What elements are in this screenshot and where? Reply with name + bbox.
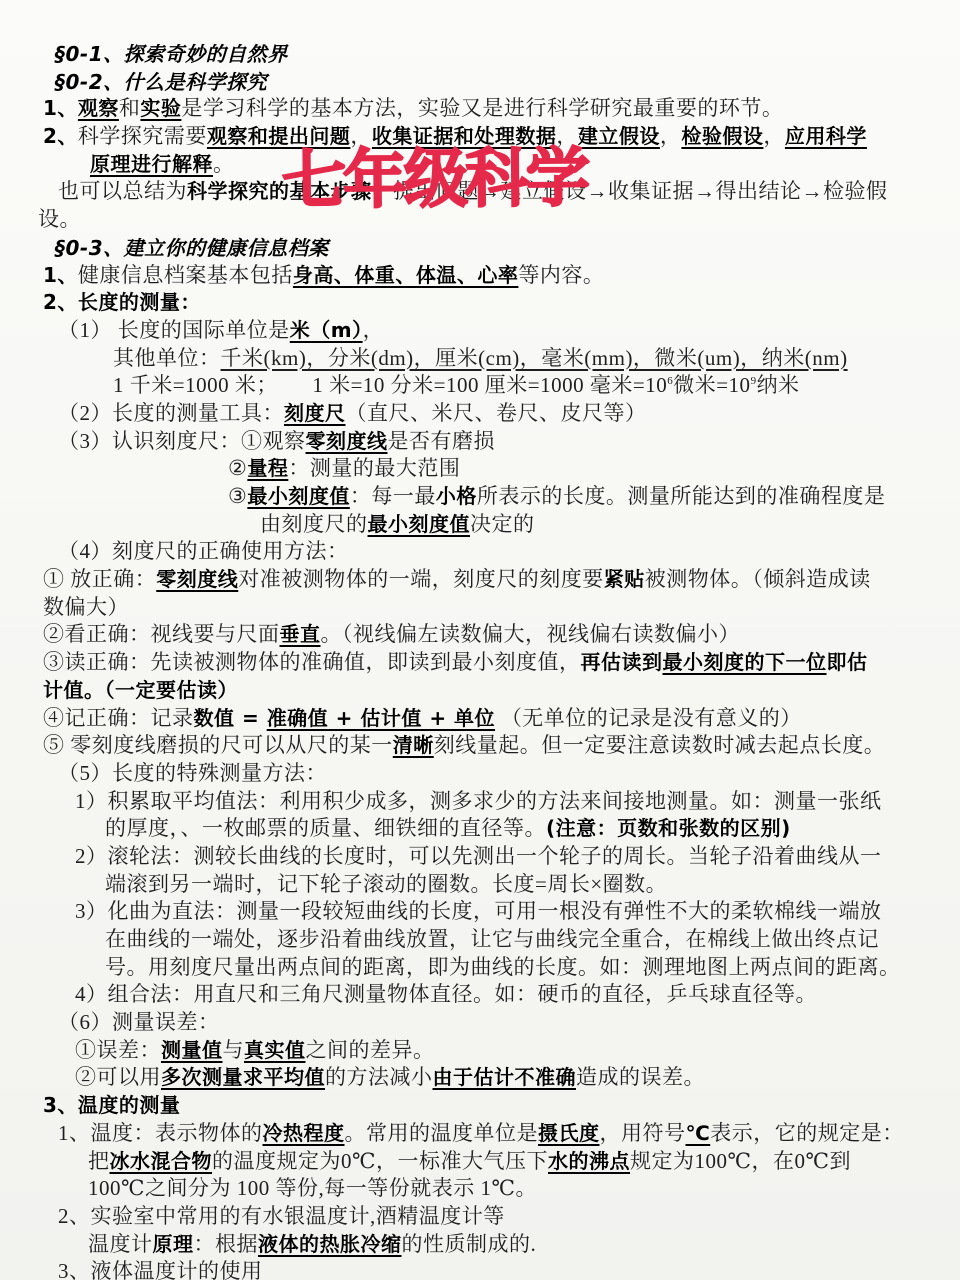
text-segment: ⑤ 零刻度线磨损的尺可以从尺的某一 — [43, 733, 393, 757]
text-segment: （4）刻度尺的正确使用方法： — [58, 539, 349, 563]
text-line: 3、液体温度计的使用 — [0, 1258, 960, 1280]
text-segment: ， — [763, 124, 785, 148]
text-segment: ：根据 — [194, 1232, 259, 1256]
text-segment: 由刻度尺的 — [260, 512, 368, 536]
text-segment: 2）滚轮法：测较长曲线的长度时，可以先测出一个轮子的周长。当轮子沿着曲线从一 — [75, 844, 882, 868]
text-segment: ③ — [228, 484, 247, 508]
text-segment: ②可以用 — [75, 1065, 161, 1089]
text-segment: 在曲线的一端处，逐步沿着曲线放置，让它与曲线完全重合，在棉线上做出终点记 — [105, 927, 879, 951]
text-segment: 把 — [88, 1149, 110, 1173]
text-segment: 千米(km)，分米(dm)，厘米(cm)，毫米(mm)，微米(um)，纳米(nm… — [221, 346, 848, 370]
text-segment: 真实值 — [244, 1038, 306, 1062]
text-line: ①误差：测量值与真实值之间的差异。 — [0, 1037, 960, 1065]
text-segment: （2）长度的测量工具： — [58, 401, 284, 425]
text-segment: 1、 — [43, 263, 78, 287]
text-segment: 是否有磨损 — [388, 429, 496, 453]
text-segment: 对准被测物体的一端，刻度尺的刻度要 — [238, 567, 604, 591]
text-line: 温度计原理：根据液体的热胀冷缩的性质制成的. — [0, 1231, 960, 1259]
text-line: 1 千米=1000 米； 1 米=10 分米=100 厘米=1000 毫米=10… — [0, 372, 960, 400]
text-segment: 1）积累取平均值法：利用积少成多，测多求少的方法来间接地测量。如：测量一张纸 — [75, 789, 882, 813]
text-segment: ②看正确：视线要与尺面 — [43, 622, 280, 646]
text-segment: ：测量的最大范围 — [288, 456, 460, 480]
text-segment: 多次测量求平均值 — [161, 1065, 325, 1089]
text-segment: 3、液体温度计的使用 — [58, 1259, 263, 1280]
text-line: ① 放正确：零刻度线对准被测物体的一端，刻度尺的刻度要紧贴被测物体。（倾斜造成读 — [0, 566, 960, 594]
text-segment: 即估 — [827, 650, 868, 674]
text-line: 2）滚轮法：测较长曲线的长度时，可以先测出一个轮子的周长。当轮子沿着曲线从一 — [0, 843, 960, 871]
text-segment: 再估读到 — [581, 650, 663, 674]
page-root: { "page": { "background": "#f6f6f3", "te… — [0, 0, 960, 1280]
text-line: 100℃之间分为 100 等份,每一等份就表示 1℃。 — [0, 1175, 960, 1203]
text-segment: 。 — [213, 152, 235, 176]
text-line: ③最小刻度值：每一最小格所表示的长度。测量所能达到的准确程度是 — [0, 483, 960, 511]
text-segment: 3、温度的测量 — [43, 1093, 180, 1117]
text-segment: 最小刻度值 — [247, 484, 350, 508]
text-segment: 由于估计不准确 — [433, 1065, 577, 1089]
text-line: 1、健康信息档案基本包括身高、体重、体温、心率等内容。 — [0, 262, 960, 290]
text-line: （6）测量误差： — [0, 1009, 960, 1037]
text-segment: 温度计 — [88, 1232, 153, 1256]
text-segment: （5）长度的特殊测量方法： — [58, 761, 327, 785]
text-line: ②可以用多次测量求平均值的方法减小由于估计不准确造成的误差。 — [0, 1064, 960, 1092]
text-segment: 计值。（一定要估读） — [43, 678, 238, 702]
text-segment: 1、温度：表示物体的 — [58, 1121, 263, 1145]
text-line: §0-3、建立你的健康信息档案 — [0, 234, 960, 262]
text-segment: 清晰 — [393, 733, 434, 757]
text-line: 3、温度的测量 — [0, 1092, 960, 1120]
text-segment: 水的沸点 — [548, 1149, 630, 1173]
text-segment: 紧贴 — [604, 567, 645, 591]
text-segment: 冷热程度 — [263, 1121, 345, 1145]
text-segment: 也可以总结为 — [58, 179, 187, 203]
text-segment: 原理进行解释 — [90, 152, 213, 176]
text-line: 在曲线的一端处，逐步沿着曲线放置，让它与曲线完全重合，在棉线上做出终点记 — [0, 926, 960, 954]
text-segment: 和 — [119, 96, 141, 120]
text-segment: 规定为100℃，在0℃到 — [630, 1149, 851, 1173]
text-segment: 身高、体重、体温、心率 — [293, 263, 519, 287]
text-segment: 的温度规定为0℃，一标准大气压下 — [212, 1149, 548, 1173]
text-line: 由刻度尺的最小刻度值决定的 — [0, 511, 960, 539]
text-segment: 所表示的长度。测量所能达到的准确程度是 — [477, 484, 886, 508]
text-segment: 与 — [223, 1038, 245, 1062]
text-segment: 设。 — [38, 207, 81, 231]
text-segment: 测量值 — [161, 1038, 223, 1062]
text-segment: 最小刻度值 — [368, 512, 471, 536]
text-line: ③读正确：先读被测物体的准确值，即读到最小刻度值，再估读到最小刻度的下一位即估 — [0, 649, 960, 677]
text-line: 1、观察和实验是学习科学的基本方法，实验又是进行科学研究最重要的环节。 — [0, 95, 960, 123]
text-segment: 1 千米=1000 米； 1 米=10 分米=100 厘米=1000 毫米=10 — [113, 373, 667, 397]
text-segment: （直尺、米尺、卷尺、皮尺等） — [346, 401, 647, 425]
text-line: 端滚到另一端时，记下轮子滚动的圈数。长度=周长×圈数。 — [0, 871, 960, 899]
text-segment: 健康信息档案基本包括 — [78, 263, 293, 287]
text-segment: 的厚度，、一枚邮票的质量、细铁细的直径等。 — [105, 816, 546, 840]
text-segment: 垂直 — [280, 622, 321, 646]
text-segment: 4）组合法：用直尺和三角尺测量物体直径。如：硬币的直径，乒乓球直径等。 — [75, 982, 817, 1006]
text-segment: 被测物体。（倾斜造成读 — [645, 567, 871, 591]
text-segment: （3）认识刻度尺：①观察 — [58, 429, 306, 453]
text-segment: 摄氏度 — [538, 1121, 600, 1145]
text-segment: 微米=10 — [673, 373, 750, 397]
text-segment: 纳米 — [757, 373, 800, 397]
text-segment: 零刻度线 — [156, 567, 238, 591]
text-line: 其他单位：千米(km)，分米(dm)，厘米(cm)，毫米(mm)，微米(um)，… — [0, 345, 960, 373]
text-line: §0-1、探索奇妙的自然界 — [0, 40, 960, 68]
text-segment: ④记正确：记录 — [43, 706, 194, 730]
text-segment: 原理 — [153, 1232, 194, 1256]
text-line: 2、实验室中常用的有水银温度计,酒精温度计等 — [0, 1203, 960, 1231]
text-segment: 数值 = — [194, 706, 267, 730]
text-segment: ， — [363, 318, 385, 342]
text-segment: ③读正确：先读被测物体的准确值，即读到最小刻度值， — [43, 650, 581, 674]
text-line: 号。用刻度尺量出两点间的距离，即为曲线的长度。如：测理地图上两点间的距离。 — [0, 954, 960, 982]
text-segment: 3）化曲为直法：测量一段较短曲线的长度，可用一根没有弹性不大的柔软棉线一端放 — [75, 899, 882, 923]
text-segment: 2、 — [43, 124, 78, 148]
text-line: ⑤ 零刻度线磨损的尺可以从尺的某一清晰刻线量起。但一定要注意读数时减去起点长度。 — [0, 732, 960, 760]
text-segment: 观察 — [78, 96, 119, 120]
text-line: 2、长度的测量： — [0, 289, 960, 317]
text-segment: ：每一最 — [350, 484, 436, 508]
text-segment: ， — [660, 124, 682, 148]
text-segment: 号。用刻度尺量出两点间的距离，即为曲线的长度。如：测理地图上两点间的距离。 — [105, 955, 901, 979]
text-line: （3）认识刻度尺：①观察零刻度线是否有磨损 — [0, 428, 960, 456]
text-line: 1）积累取平均值法：利用积少成多，测多求少的方法来间接地测量。如：测量一张纸 — [0, 788, 960, 816]
text-segment: （1） 长度的国际单位是 — [58, 318, 290, 342]
text-segment: 的性质制成的. — [402, 1232, 537, 1256]
text-segment: 冰水混合物 — [110, 1149, 213, 1173]
text-segment: （无单位的记录是没有意义的） — [495, 706, 802, 730]
text-line: （4）刻度尺的正确使用方法： — [0, 538, 960, 566]
text-segment: 准确值 + 估计值 + 单位 — [267, 706, 495, 730]
text-segment: 1、 — [43, 96, 78, 120]
text-line: §0-2、什么是科学探究 — [0, 68, 960, 96]
text-segment: ①误差： — [75, 1038, 161, 1062]
text-segment: 表示，它的规定是： — [710, 1121, 904, 1145]
text-line: 计值。（一定要估读） — [0, 677, 960, 705]
text-segment: 等内容。 — [518, 263, 604, 287]
text-segment: 2、长度的测量： — [43, 290, 201, 314]
text-line: （5）长度的特殊测量方法： — [0, 760, 960, 788]
text-segment: 建立假设 — [578, 124, 660, 148]
text-segment: 液体的热胀冷缩 — [258, 1232, 402, 1256]
text-line: 数偏大） — [0, 594, 960, 622]
text-segment: 米（m） — [290, 318, 363, 342]
text-segment: 应用科学 — [785, 124, 867, 148]
text-segment: 检验假设 — [681, 124, 763, 148]
text-segment: 之间的差异。 — [306, 1038, 435, 1062]
text-segment: 数偏大） — [43, 595, 129, 619]
document-body: §0-1、探索奇妙的自然界§0-2、什么是科学探究1、观察和实验是学习科学的基本… — [0, 40, 960, 1280]
text-line: 3）化曲为直法：测量一段较短曲线的长度，可用一根没有弹性不大的柔软棉线一端放 — [0, 898, 960, 926]
text-segment: （6）测量误差： — [58, 1010, 220, 1034]
text-segment: 刻度尺 — [284, 401, 346, 425]
text-segment: 。常用的温度单位是 — [345, 1121, 539, 1145]
text-segment: 刻线量起。但一定要注意读数时减去起点长度。 — [434, 733, 886, 757]
text-segment: 是学习科学的基本方法，实验又是进行科学研究最重要的环节。 — [181, 96, 783, 120]
text-line: 1、温度：表示物体的冷热程度。常用的温度单位是摄氏度，用符号℃表示，它的规定是： — [0, 1120, 960, 1148]
text-line: 的厚度，、一枚邮票的质量、细铁细的直径等。(注意：页数和张数的区别) — [0, 815, 960, 843]
text-segment: ② — [228, 456, 247, 480]
text-segment: 量程 — [247, 456, 288, 480]
text-segment: 最小刻度的下一位 — [663, 650, 827, 674]
text-line: 4）组合法：用直尺和三角尺测量物体直径。如：硬币的直径，乒乓球直径等。 — [0, 981, 960, 1009]
text-line: （2）长度的测量工具：刻度尺（直尺、米尺、卷尺、皮尺等） — [0, 400, 960, 428]
watermark-text: 七年级科学 — [282, 143, 588, 218]
text-line: （1） 长度的国际单位是米（m）， — [0, 317, 960, 345]
text-segment: §0-1、探索奇妙的自然界 — [55, 42, 288, 66]
text-segment: 小格 — [436, 484, 477, 508]
text-segment: 100℃之间分为 100 等份,每一等份就表示 1℃。 — [88, 1176, 537, 1200]
text-line: 把冰水混合物的温度规定为0℃，一标准大气压下水的沸点规定为100℃，在0℃到 — [0, 1148, 960, 1176]
text-segment: ① 放正确： — [43, 567, 156, 591]
text-segment: 科学探究需要 — [78, 124, 207, 148]
text-line: ②看正确：视线要与尺面垂直。（视线偏左读数偏大，视线偏右读数偏小） — [0, 621, 960, 649]
text-segment: 实验 — [140, 96, 181, 120]
text-segment: 2、实验室中常用的有水银温度计,酒精温度计等 — [58, 1204, 505, 1228]
text-segment: 的方法减小 — [325, 1065, 433, 1089]
text-segment: §0-2、什么是科学探究 — [55, 70, 267, 94]
text-segment: 。（视线偏左读数偏大，视线偏右读数偏小） — [321, 622, 741, 646]
text-segment: 决定的 — [470, 512, 535, 536]
text-segment: ，用符号 — [600, 1121, 686, 1145]
text-segment: 零刻度线 — [306, 429, 388, 453]
text-segment: §0-3、建立你的健康信息档案 — [55, 236, 329, 260]
text-segment: 其他单位： — [113, 346, 221, 370]
text-line: ②量程：测量的最大范围 — [0, 455, 960, 483]
text-line: ④记正确：记录数值 = 准确值 + 估计值 + 单位 （无单位的记录是没有意义的… — [0, 705, 960, 733]
text-segment: (注意：页数和张数的区别) — [546, 816, 791, 840]
text-segment: 造成的误差。 — [576, 1065, 705, 1089]
text-segment: 端滚到另一端时，记下轮子滚动的圈数。长度=周长×圈数。 — [105, 872, 667, 896]
text-segment: ℃ — [686, 1121, 711, 1145]
